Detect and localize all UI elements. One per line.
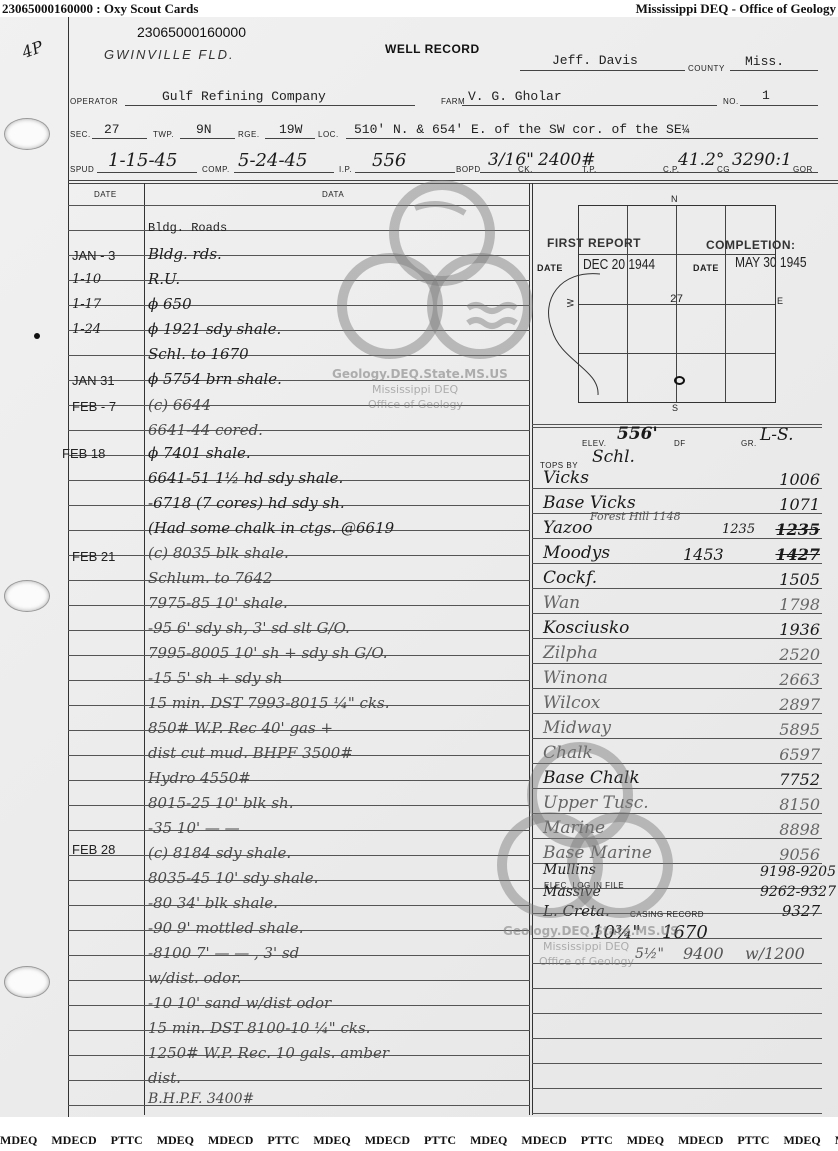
log-row-date: 1-17	[72, 297, 144, 312]
plat-section-number: 27	[670, 294, 683, 306]
watermark-url: Geology.DEQ.State.MS.US	[503, 924, 679, 938]
row-rule	[68, 830, 530, 831]
log-row-data: -95 6' sdy sh, 3' sd slt G/O.	[148, 619, 350, 637]
formation-name: Cockf.	[543, 568, 597, 588]
well-no-label: NO.	[723, 97, 739, 106]
log-row-data: 7995-8005 10' sh + sdy sh G/O.	[148, 644, 388, 662]
log-row-data: -15 5' sh + sdy sh	[148, 669, 283, 687]
field-name: GWINVILLE FLD.	[104, 47, 235, 62]
row-rule	[68, 605, 530, 606]
formation-depth: 2897	[779, 695, 820, 714]
footer-token: MDEQ	[157, 1133, 194, 1147]
df-label: DF	[674, 439, 686, 448]
first-report-date: DEC 20 1944	[583, 256, 655, 273]
data-column-divider-2	[532, 183, 533, 1115]
footer-token: MDECD	[365, 1133, 410, 1147]
spud-underline	[97, 172, 197, 173]
log-row-data: Bldg. rds.	[148, 245, 222, 263]
elev-value: 556'	[617, 424, 658, 444]
loc-value: 510' N. & 654' E. of the SW cor. of the …	[354, 122, 689, 137]
farm-underline	[462, 105, 717, 106]
log-row-data: ϕ 650	[148, 295, 192, 313]
well-no-value: 1	[762, 88, 770, 103]
log-row-data: 7975-85 10' shale.	[148, 594, 288, 612]
sec-underline	[92, 138, 147, 139]
formation-depth: 9198-9205	[760, 864, 836, 880]
formation-depth: 8898	[779, 820, 820, 839]
punch-hole-middle	[4, 580, 50, 612]
row-rule	[68, 230, 530, 231]
log-row-data: -6718 (7 cores) hd sdy sh.	[148, 494, 345, 512]
spud-label: SPUD	[70, 165, 94, 174]
comp-value: 5-24-45	[238, 150, 307, 171]
formation-name: Wan	[543, 593, 580, 613]
watermark-line2: Office of Geology	[539, 955, 634, 968]
farm-value: V. G. Gholar	[468, 89, 562, 104]
formation-name: Chalk	[543, 743, 593, 763]
footer-token: PTTC	[267, 1133, 299, 1147]
formation-name: Upper Tusc.	[543, 793, 649, 813]
log-row-data: R.U.	[148, 270, 180, 288]
log-row-data: (c) 6644	[148, 396, 211, 414]
formation-depth: 1453	[683, 545, 724, 564]
gor-value: 3290:1	[732, 150, 792, 170]
table-top-rule	[68, 180, 838, 184]
log-row-data: ϕ 1921 sdy shale.	[148, 320, 281, 338]
api-number: 23065000160000	[137, 24, 246, 40]
log-row-date: FEB 28	[72, 842, 144, 857]
log-row-data: (c) 8184 sdy shale.	[148, 844, 291, 862]
log-row-data: ϕ 5754 brn shale.	[148, 370, 282, 388]
formation-name: Marine	[543, 818, 605, 838]
state-underline	[730, 70, 818, 71]
row-rule	[68, 805, 530, 806]
well-location-marker	[674, 376, 685, 385]
spud-value: 1-15-45	[108, 150, 177, 171]
log-row-data: B.H.P.F. 3400#	[148, 1091, 254, 1107]
log-row-data: -35 10' — —	[148, 819, 240, 837]
casing-record-label: CASING RECORD	[630, 910, 704, 919]
row-rule	[68, 205, 530, 206]
log-row-data: -90 9' mottled shale.	[148, 919, 303, 937]
state-value: Miss.	[745, 54, 784, 69]
date-column-header: DATE	[94, 190, 117, 199]
log-row-data: (Had some chalk in ctgs. @6619	[148, 519, 394, 537]
formation-name: L. Creta.	[543, 902, 610, 920]
formation-depth: 1505	[779, 570, 820, 589]
log-row-data: 1250# W.P. Rec. 10 gals. amber	[148, 1044, 389, 1062]
log-row-data: Bldg. Roads	[148, 221, 227, 235]
bopd-label: BOPD	[456, 165, 481, 174]
formation-name: Mullins	[543, 862, 596, 878]
log-row-data: 8035-45 10' sdy shale.	[148, 869, 318, 887]
ip-value: 556	[372, 150, 406, 171]
completion-label: COMPLETION:	[706, 238, 796, 252]
twp-value: 9N	[196, 122, 212, 137]
footer-token: MDEQ	[313, 1133, 350, 1147]
formation-depth: 6597	[779, 745, 820, 764]
completion-date-label: DATE	[693, 263, 719, 273]
log-row-date: 1-10	[72, 272, 144, 287]
rge-label: RGE.	[238, 130, 260, 139]
row-rule	[532, 1113, 822, 1114]
formation-depth: 1235	[722, 522, 755, 537]
row-rule	[532, 1063, 822, 1064]
operator-value: Gulf Refining Company	[162, 89, 326, 104]
row-rule	[68, 1080, 530, 1081]
rge-value: 19W	[279, 122, 302, 137]
formation-depth: 1071	[779, 495, 820, 514]
watermark-line2: Office of Geology	[368, 398, 463, 411]
twp-label: TWP.	[153, 130, 174, 139]
log-row-data: ϕ 7401 shale.	[148, 444, 251, 462]
log-row-data: -10 10' sand w/dist odor	[148, 994, 331, 1012]
rge-underline	[265, 138, 315, 139]
footer-token: MDEQ	[470, 1133, 507, 1147]
production-underline	[480, 172, 818, 173]
formation-depth: 2663	[779, 670, 820, 689]
formation-depth: 9056	[779, 845, 820, 864]
row-rule	[68, 780, 530, 781]
watermark-url: Geology.DEQ.State.MS.US	[332, 367, 508, 381]
log-row-date: FEB - 7	[72, 399, 144, 414]
log-row-data: Hydro 4550#	[148, 769, 251, 787]
row-rule	[68, 455, 530, 456]
sec-value: 27	[104, 122, 120, 137]
log-row-data: 850# W.P. Rec 40' gas +	[148, 719, 333, 737]
ip-underline	[355, 172, 455, 173]
formation-name: Zilpha	[543, 643, 598, 663]
log-row-data: -8100 7' — — , 3' sd	[148, 944, 299, 962]
plat-north-label: N	[671, 194, 678, 204]
formation-name: Midway	[543, 718, 611, 738]
document-id-header: 23065000160000 : Oxy Scout Cards	[2, 1, 198, 17]
log-row-data: dist.	[148, 1069, 181, 1087]
row-rule	[532, 1088, 822, 1089]
formation-name: Base Marine	[543, 843, 652, 863]
operator-label: OPERATOR	[70, 97, 118, 106]
log-row-data: w/dist. odor.	[148, 969, 242, 987]
sec-label: SEC.	[70, 130, 91, 139]
log-row-date: FEB 21	[72, 549, 144, 564]
formation-depth: 9327	[782, 902, 820, 920]
county-value: Jeff. Davis	[552, 53, 638, 68]
log-row-date: JAN 31	[72, 373, 144, 388]
casing-extra: w/1200	[745, 944, 805, 963]
formation-name: Base Chalk	[543, 768, 640, 788]
ink-dot	[34, 333, 40, 339]
formation-depth: 1006	[779, 470, 820, 489]
formation-depth: 5895	[779, 720, 820, 739]
row-rule	[68, 905, 530, 906]
agency-header: Mississippi DEQ - Office of Geology	[636, 1, 836, 17]
row-rule	[532, 1013, 822, 1014]
log-row-data: 15 min. DST 8100-10 ¼" cks.	[148, 1019, 370, 1037]
first-report-label: FIRST REPORT	[547, 236, 641, 250]
footer-token: PTTC	[111, 1133, 143, 1147]
formation-name: Vicks	[543, 468, 589, 488]
completion-date: MAY 30 1945	[735, 254, 807, 271]
log-row-data: 6641-51 1½ hd sdy shale.	[148, 469, 343, 487]
formation-depth: 1798	[779, 595, 820, 614]
operator-underline	[125, 105, 415, 106]
plat-annotation-curve-icon	[540, 270, 620, 410]
footer-token: PTTC	[581, 1133, 613, 1147]
row-rule	[68, 980, 530, 981]
formation-note: Forest Hill 1148	[590, 510, 681, 523]
plat-south-label: S	[672, 403, 678, 413]
data-column-header: DATA	[322, 190, 344, 199]
comp-underline	[234, 172, 334, 173]
county-underline	[520, 70, 685, 71]
row-rule	[68, 355, 530, 356]
date-column-divider	[144, 183, 145, 1115]
footer-token: MDECD	[208, 1133, 253, 1147]
casing-depth: 9400	[683, 944, 724, 963]
footer-token: MDEQ	[783, 1133, 820, 1147]
elec-log-label: ELEC. LOG IN FILE	[544, 881, 624, 890]
row-rule	[68, 680, 530, 681]
formation-name: Winona	[543, 668, 608, 688]
footer-token: MDECD	[51, 1133, 96, 1147]
formation-depth: 2520	[779, 645, 820, 664]
well-no-underline	[740, 105, 818, 106]
punch-hole-top	[4, 118, 50, 150]
card-title: WELL RECORD	[385, 42, 480, 56]
watermark-line1: Mississippi DEQ	[372, 383, 458, 396]
formation-depth: 8150	[779, 795, 820, 814]
plat-east-label: E	[777, 296, 783, 306]
formation-depth-struck: 1427	[775, 545, 820, 564]
formation-depth: 1936	[779, 620, 820, 639]
formation-name: Moodys	[543, 543, 610, 563]
gr-value: L-S.	[760, 425, 793, 445]
log-row-data: (c) 8035 blk shale.	[148, 544, 289, 562]
row-rule	[532, 988, 822, 989]
log-row-data: dist cut mud. BHPF 3500#	[148, 744, 353, 762]
ip-label: I.P.	[339, 165, 352, 174]
footer-token: MDECD	[521, 1133, 566, 1147]
log-row-date: JAN - 3	[72, 248, 144, 263]
footer-token: MDECD	[678, 1133, 723, 1147]
casing-size: 5½"	[635, 946, 664, 962]
watermark-line1: Mississippi DEQ	[543, 940, 629, 953]
formation-name: Yazoo	[543, 518, 592, 538]
twp-underline	[180, 138, 235, 139]
footer-token: MDEQ	[0, 1133, 37, 1147]
log-row-data: Schl. to 1670	[148, 345, 249, 363]
log-row-date: 1-24	[72, 322, 144, 337]
footer-token: PTTC	[424, 1133, 456, 1147]
footer-token: MDEQ	[627, 1133, 664, 1147]
footer-token: PTTC	[737, 1133, 769, 1147]
formation-depth: 9262-9327	[760, 884, 836, 900]
loc-underline	[346, 138, 818, 139]
formation-depth-struck: 1235	[775, 520, 820, 539]
gr-label: GR.	[741, 439, 757, 448]
log-row-data: 6641-44 cored.	[148, 421, 263, 439]
row-rule	[68, 580, 530, 581]
row-rule	[68, 1105, 530, 1106]
log-row-data: 15 min. DST 7993-8015 ¼" cks.	[148, 694, 390, 712]
first-report-date-label: DATE	[537, 263, 563, 273]
comp-label: COMP.	[202, 165, 230, 174]
formation-name: Kosciusko	[543, 618, 629, 638]
log-row-data: Schlum. to 7642	[148, 569, 273, 587]
loc-label: LOC.	[318, 130, 339, 139]
punch-hole-bottom	[4, 966, 50, 998]
log-row-data: 8015-25 10' blk sh.	[148, 794, 293, 812]
county-label: COUNTY	[688, 64, 725, 73]
log-row-date: FEB 18	[62, 446, 134, 461]
tops-by-value: Schl.	[592, 447, 635, 467]
row-rule	[68, 430, 530, 431]
formation-name: Wilcox	[543, 693, 600, 713]
footer-watermark-strip: MDEQMDECDPTTCMDEQMDECDPTTCMDEQMDECDPTTCM…	[0, 1133, 838, 1148]
formation-depth: 7752	[779, 770, 820, 789]
data-column-divider	[529, 183, 530, 1115]
log-row-data: -80 34' blk shale.	[148, 894, 278, 912]
row-rule	[532, 1038, 822, 1039]
